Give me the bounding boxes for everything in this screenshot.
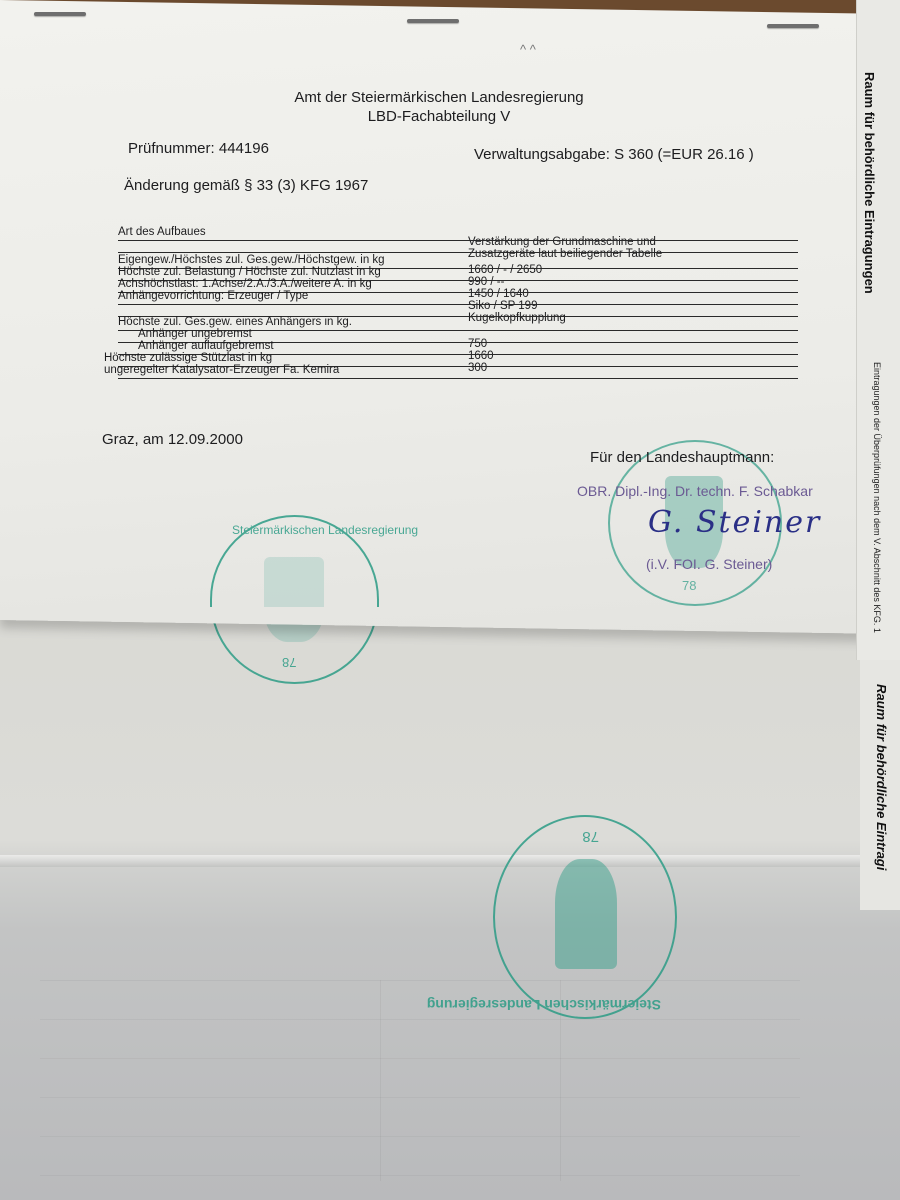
- pruefnummer: Prüfnummer: 444196: [128, 140, 269, 157]
- staple-hole-icon: ^ ^: [520, 42, 536, 57]
- row-label: Achshöchstlast: 1.Achse/2.A./3.A./weiter…: [118, 278, 372, 290]
- margin-label-middle: Eintragungen der Überprüfungen nach dem …: [872, 362, 882, 633]
- official-stamp-left: Steiermärkischen Landesregierung: [210, 515, 379, 607]
- row-value: 1660: [468, 350, 494, 362]
- row-label: ungeregelter Katalysator-Erzeuger Fa. Ke…: [104, 364, 339, 376]
- coat-of-arms-icon: [555, 859, 617, 969]
- row-value: 750: [468, 338, 487, 350]
- row-value: 300: [468, 362, 487, 374]
- authority-name: Amt der Steiermärkischen Landesregierung: [0, 88, 878, 107]
- aenderung-reference: Änderung gemäß § 33 (3) KFG 1967: [124, 177, 368, 194]
- stamp-number: 78: [582, 828, 599, 845]
- row-value: Siko / SP 199: [468, 300, 537, 312]
- row-value: Kugelkopfkupplung: [468, 312, 566, 324]
- margin-label-lower: Raum für behördliche Eintragi: [874, 684, 889, 870]
- fold-crease: [0, 855, 900, 867]
- row-label: Höchste zulässige Stützlast in kg: [104, 352, 272, 364]
- row-label: Art des Aufbaues: [118, 226, 206, 238]
- official-stamp-lower: Steiermärkischen Landesregierung 78: [493, 815, 677, 1019]
- coat-of-arms-icon: [264, 557, 324, 607]
- department-name: LBD-Fachabteilung V: [0, 107, 878, 126]
- row-label: Anhänger auflaufgebremst: [138, 340, 274, 352]
- deputy-signatory: (i.V. FOI. G. Steiner): [646, 556, 772, 572]
- lower-page: [0, 600, 900, 1200]
- signature-for-line: Für den Landeshauptmann:: [590, 449, 774, 466]
- stamp-number: 78: [682, 578, 696, 593]
- stamp-number: 78: [282, 655, 296, 670]
- place-date: Graz, am 12.09.2000: [102, 431, 243, 448]
- row-rule: [118, 378, 798, 379]
- row-label: Eigengew./Höchstes zul. Ges.gew./Höchstg…: [118, 254, 385, 266]
- verwaltungsabgabe: Verwaltungsabgabe: S 360 (=EUR 26.16 ): [474, 146, 754, 163]
- row-label: Anhänger ungebremst: [138, 328, 252, 340]
- row-value: 990 / --: [468, 276, 504, 288]
- stamp-text-top: Steiermärkischen Landesregierung: [232, 523, 418, 537]
- row-value: Verstärkung der Grundmaschine und: [468, 236, 656, 248]
- row-value: 1450 / 1640: [468, 288, 529, 300]
- margin-label-upper: Raum für behördliche Eintragungen: [862, 72, 877, 294]
- row-value: 1660 / - / 2650: [468, 264, 542, 276]
- row-value: Zusatzgeräte laut beiliegender Tabelle: [468, 248, 662, 260]
- row-label: Höchste zul. Ges.gew. eines Anhängers in…: [118, 316, 352, 328]
- row-rule: [118, 304, 798, 305]
- faint-table-lines: [40, 980, 800, 1181]
- document-header: Amt der Steiermärkischen Landesregierung…: [0, 88, 878, 126]
- handwritten-signature: G. Steiner: [648, 505, 821, 540]
- official-name: OBR. Dipl.-Ing. Dr. techn. F. Schabkar: [577, 483, 813, 499]
- row-label: Höchste zul. Belastung / Höchste zul. Nu…: [118, 266, 381, 278]
- staple: [34, 12, 86, 16]
- staple: [407, 19, 459, 23]
- row-rule: [118, 240, 798, 241]
- row-rule: [118, 252, 798, 253]
- staple: [767, 24, 819, 28]
- stamp-text-top: Steiermärkischen Landesregierung: [427, 997, 661, 1013]
- row-label: Anhängevorrichtung: Erzeuger / Type: [118, 290, 308, 302]
